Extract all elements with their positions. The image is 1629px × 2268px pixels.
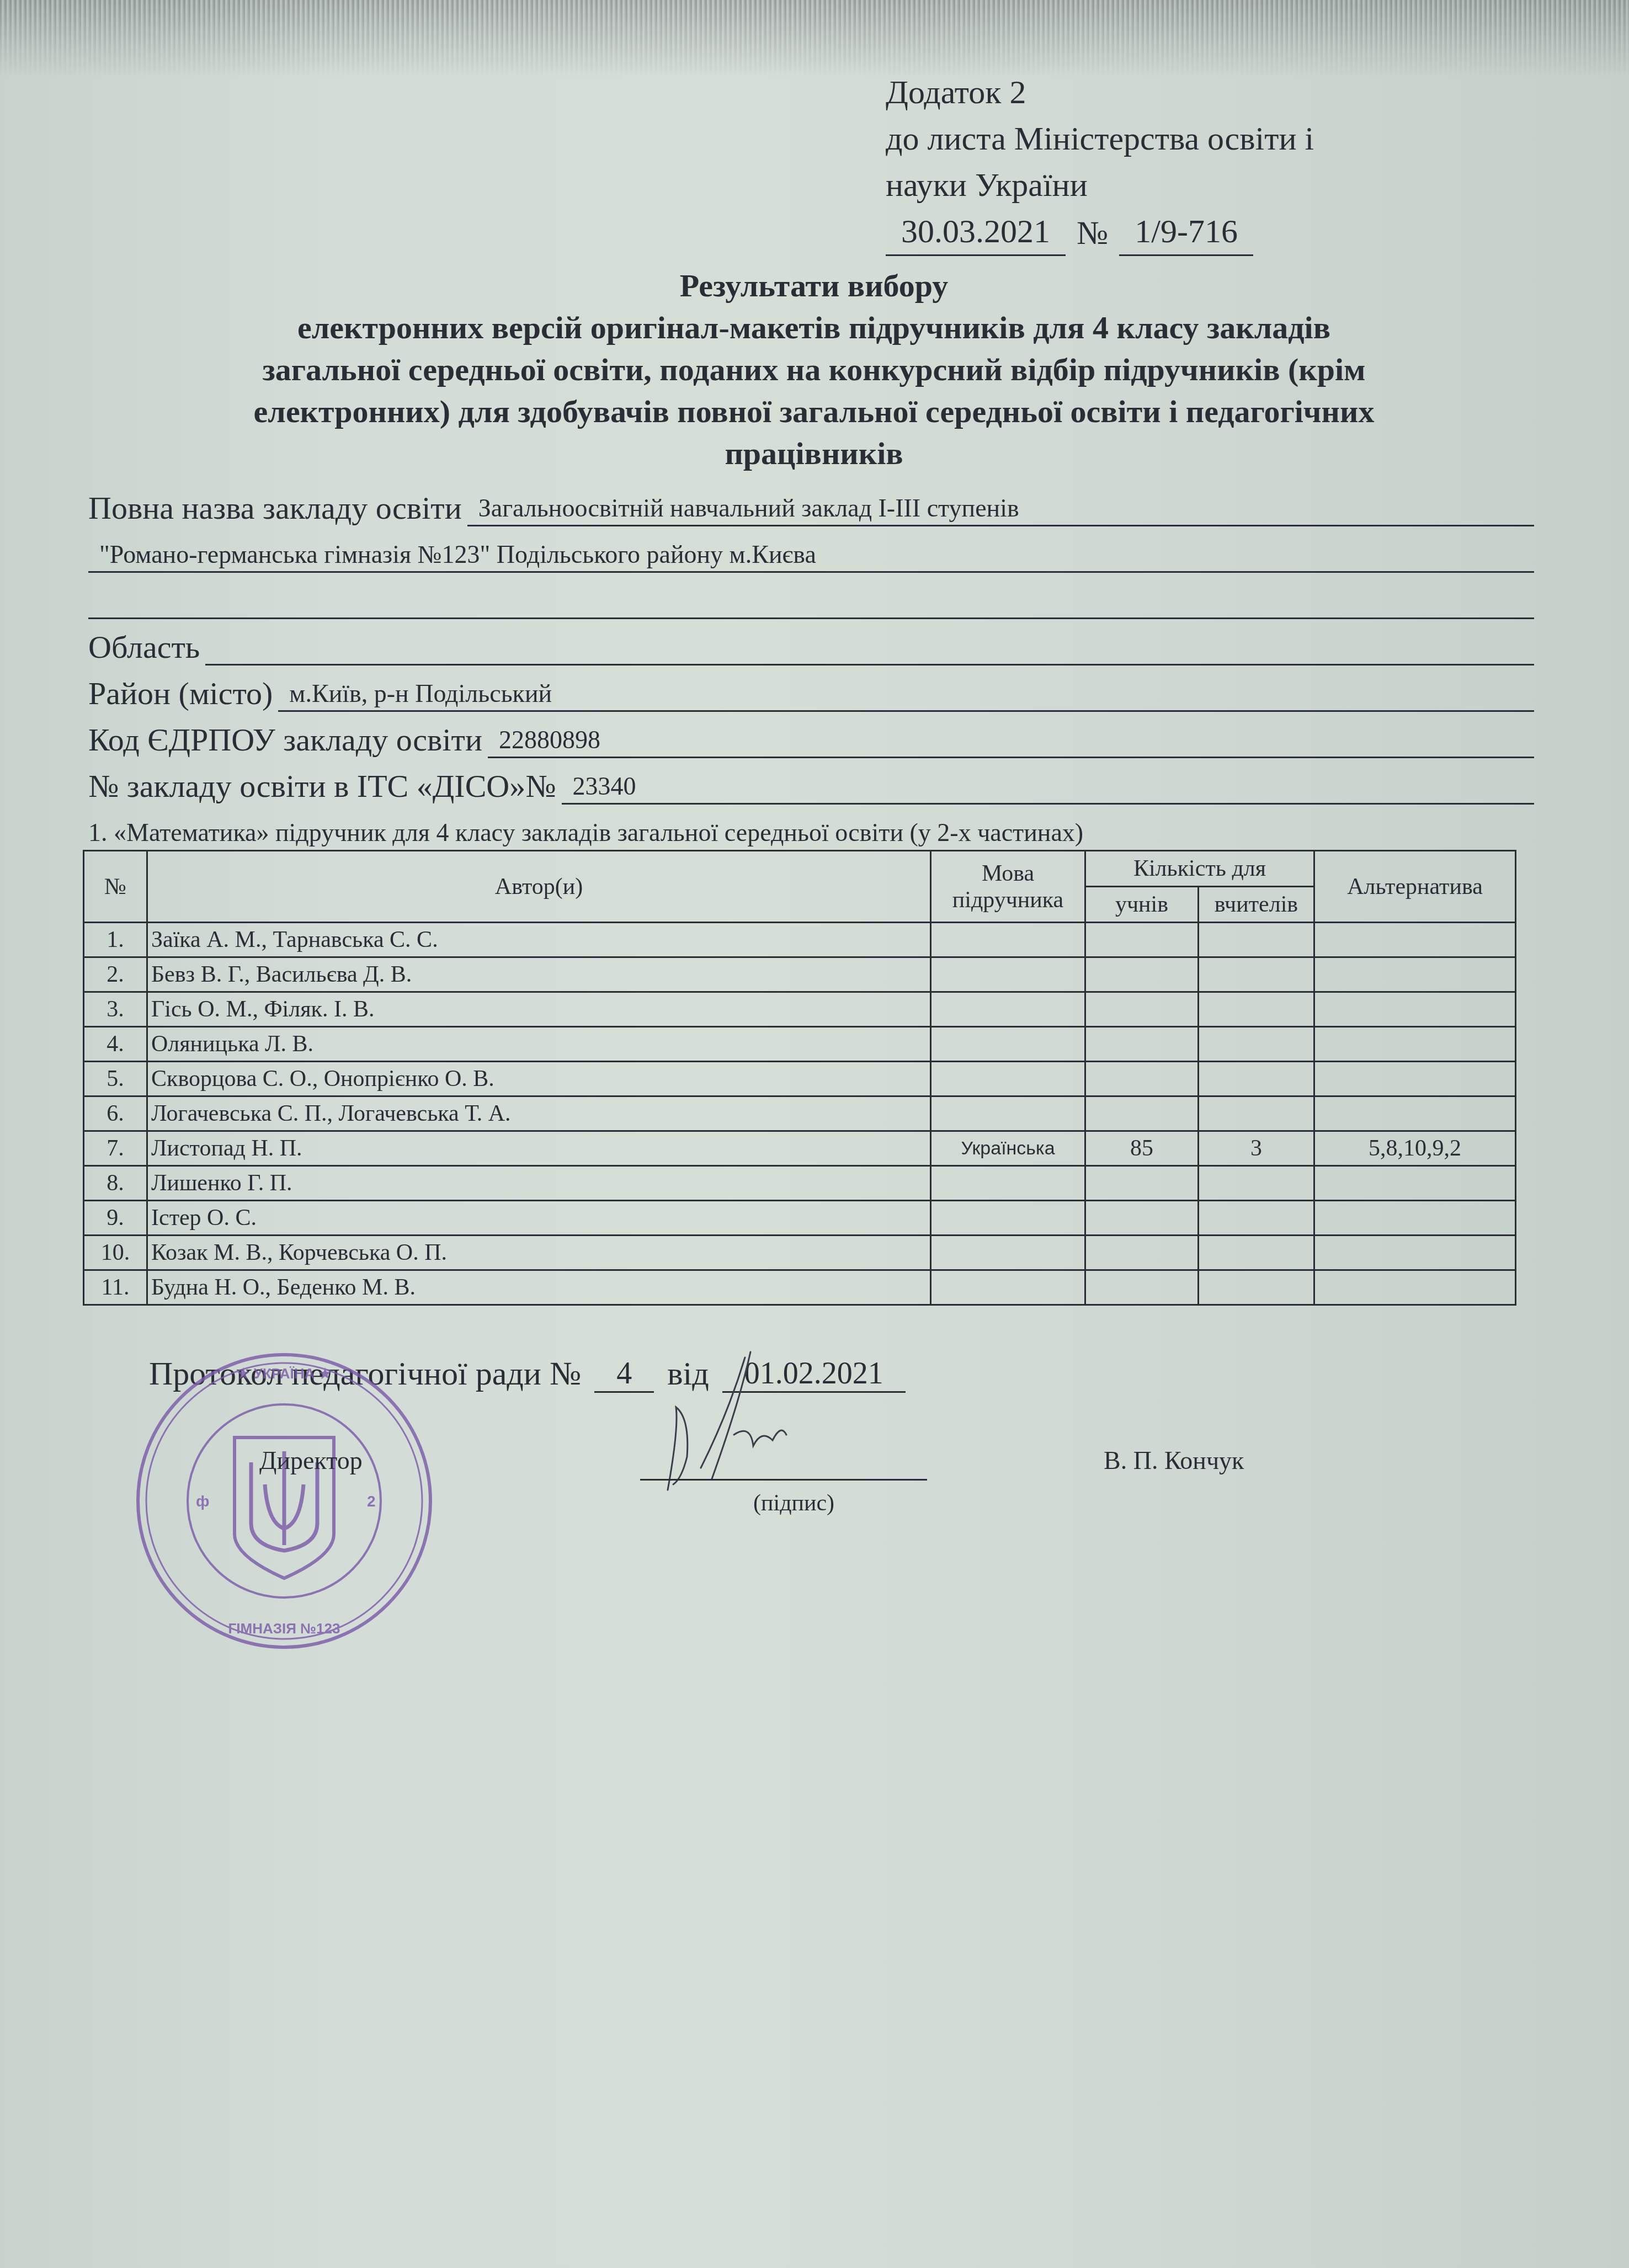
- header-alternative: Альтернатива: [1314, 851, 1516, 923]
- letter-date: 30.03.2021: [886, 208, 1066, 256]
- letter-number: 1/9-716: [1119, 208, 1253, 256]
- row-number: 6.: [84, 1096, 147, 1131]
- protocol-number: 4: [594, 1356, 654, 1393]
- row-teachers: [1199, 1201, 1314, 1236]
- full-name-label: Повна назва закладу освіти: [88, 489, 462, 526]
- title-line: загальної середньої освіти, поданих на к…: [83, 349, 1545, 391]
- row-teachers: [1199, 923, 1314, 957]
- row-language: [931, 1166, 1085, 1201]
- letter-reference: 30.03.2021 № 1/9-716: [886, 208, 1314, 256]
- district-field: Район (місто) м.Київ, р-н Подільський: [88, 666, 1534, 712]
- row-alternative: [1314, 1236, 1516, 1270]
- row-language: [931, 1236, 1085, 1270]
- row-number: 5.: [84, 1062, 147, 1096]
- edrpou-value: 22880898: [488, 723, 1534, 758]
- full-name-value: [88, 617, 1534, 619]
- appendix-block: Додаток 2 до листа Міністерства освіти і…: [886, 69, 1314, 256]
- district-value: м.Київ, р-н Подільський: [278, 677, 1534, 712]
- row-authors: Листопад Н. П.: [147, 1131, 931, 1166]
- disco-label: № закладу освіти в ІТС «ДІСО»№: [88, 768, 556, 805]
- edrpou-label: Код ЄДРПОУ закладу освіти: [88, 721, 482, 758]
- appendix-ref-line: науки України: [886, 162, 1314, 208]
- appendix-title: Додаток 2: [886, 69, 1314, 115]
- header-teachers: вчителів: [1199, 887, 1314, 923]
- row-alternative: [1314, 1096, 1516, 1131]
- row-authors: Оляницька Л. В.: [147, 1027, 931, 1062]
- edrpou-field: Код ЄДРПОУ закладу освіти 22880898: [88, 712, 1534, 758]
- header-students: учнів: [1085, 887, 1199, 923]
- signature-line: [640, 1479, 927, 1481]
- table-row: 9.Істер О. С.: [84, 1201, 1516, 1236]
- row-teachers: [1199, 1166, 1314, 1201]
- row-authors: Козак М. В., Корчевська О. П.: [147, 1236, 931, 1270]
- row-students: [1085, 1096, 1199, 1131]
- row-authors: Бевз В. Г., Васильєва Д. В.: [147, 957, 931, 992]
- official-stamp-icon: ★ УКРАЇНА ★ ГІМНАЗІЯ №123 ф 2: [130, 1346, 439, 1655]
- full-name-field-cont: [88, 573, 1534, 619]
- row-alternative: [1314, 1201, 1516, 1236]
- svg-text:★ УКРАЇНА ★: ★ УКРАЇНА ★: [237, 1365, 332, 1382]
- table-row: 4.Оляницька Л. В.: [84, 1027, 1516, 1062]
- director-role: Директор: [259, 1446, 363, 1475]
- row-authors: Лишенко Г. П.: [147, 1166, 931, 1201]
- scan-artifact: [0, 0, 1629, 77]
- signature-caption: (підпис): [753, 1490, 834, 1516]
- row-teachers: [1199, 1062, 1314, 1096]
- row-students: [1085, 1270, 1199, 1305]
- full-name-value: "Романо-германська гімназія №123" Поділь…: [88, 538, 1534, 573]
- header-language: Мовапідручника: [931, 851, 1085, 923]
- table-row: 8.Лишенко Г. П.: [84, 1166, 1516, 1201]
- table-row: 11.Будна Н. О., Беденко М. В.: [84, 1270, 1516, 1305]
- svg-text:ГІМНАЗІЯ №123: ГІМНАЗІЯ №123: [228, 1620, 340, 1637]
- header-num: №: [84, 851, 147, 923]
- appendix-ref-line: до листа Міністерства освіти і: [886, 115, 1314, 162]
- row-teachers: [1199, 1270, 1314, 1305]
- row-language: [931, 957, 1085, 992]
- row-teachers: [1199, 1096, 1314, 1131]
- row-alternative: [1314, 1062, 1516, 1096]
- row-students: [1085, 1027, 1199, 1062]
- row-students: [1085, 1062, 1199, 1096]
- row-number: 3.: [84, 992, 147, 1027]
- full-name-field: Повна назва закладу освіти Загальноосвіт…: [88, 480, 1534, 526]
- row-alternative: [1314, 957, 1516, 992]
- row-students: [1085, 957, 1199, 992]
- disco-field: № закладу освіти в ІТС «ДІСО»№ 23340: [88, 758, 1534, 805]
- full-name-value: Загальноосвітній навчальний заклад І-ІІІ…: [467, 492, 1534, 526]
- row-number: 11.: [84, 1270, 147, 1305]
- table-row: 10.Козак М. В., Корчевська О. П.: [84, 1236, 1516, 1270]
- table-row: 5.Скворцова С. О., Онопрієнко О. В.: [84, 1062, 1516, 1096]
- row-number: 2.: [84, 957, 147, 992]
- row-students: [1085, 992, 1199, 1027]
- svg-text:2: 2: [367, 1493, 376, 1510]
- row-students: [1085, 923, 1199, 957]
- row-number: 10.: [84, 1236, 147, 1270]
- row-authors: Будна Н. О., Беденко М. В.: [147, 1270, 931, 1305]
- disco-value: 23340: [562, 770, 1534, 805]
- header-authors: Автор(и): [147, 851, 931, 923]
- table-row: 7.Листопад Н. П.Українська8535,8,10,9,2: [84, 1131, 1516, 1166]
- title-line: працівників: [83, 433, 1545, 475]
- row-authors: Логачевська С. П., Логачевська Т. А.: [147, 1096, 931, 1131]
- number-sign: №: [1077, 210, 1108, 256]
- row-students: [1085, 1236, 1199, 1270]
- school-info-form: Повна назва закладу освіти Загальноосвіт…: [88, 480, 1534, 805]
- table-row: 6.Логачевська С. П., Логачевська Т. А.: [84, 1096, 1516, 1131]
- title-line: електронних версій оригінал-макетів підр…: [83, 307, 1545, 349]
- row-authors: Істер О. С.: [147, 1201, 931, 1236]
- row-teachers: [1199, 957, 1314, 992]
- document-title: Результати вибору електронних версій ори…: [83, 265, 1545, 475]
- row-teachers: [1199, 1236, 1314, 1270]
- section-title: 1. «Математика» підручник для 4 класу за…: [88, 818, 1083, 847]
- row-alternative: [1314, 1166, 1516, 1201]
- title-line: Результати вибору: [83, 265, 1545, 307]
- row-language: [931, 1270, 1085, 1305]
- svg-text:ф: ф: [196, 1493, 210, 1510]
- region-field: Область: [88, 619, 1534, 666]
- row-number: 7.: [84, 1131, 147, 1166]
- row-students: [1085, 1201, 1199, 1236]
- director-name: В. П. Кончук: [1104, 1446, 1244, 1475]
- row-authors: Скворцова С. О., Онопрієнко О. В.: [147, 1062, 931, 1096]
- region-label: Область: [88, 629, 200, 666]
- row-alternative: [1314, 923, 1516, 957]
- title-line: електронних) для здобувачів повної загал…: [83, 391, 1545, 433]
- row-teachers: [1199, 1027, 1314, 1062]
- row-students: 85: [1085, 1131, 1199, 1166]
- row-language: [931, 1027, 1085, 1062]
- row-alternative: [1314, 992, 1516, 1027]
- row-alternative: [1314, 1270, 1516, 1305]
- textbook-table: № Автор(и) Мовапідручника Кількість для …: [83, 850, 1516, 1306]
- row-language: [931, 992, 1085, 1027]
- row-number: 9.: [84, 1201, 147, 1236]
- row-language: Українська: [931, 1131, 1085, 1166]
- row-alternative: 5,8,10,9,2: [1314, 1131, 1516, 1166]
- table-row: 1.Заїка А. М., Тарнавська С. С.: [84, 923, 1516, 957]
- row-authors: Заїка А. М., Тарнавська С. С.: [147, 923, 931, 957]
- row-students: [1085, 1166, 1199, 1201]
- row-language: [931, 923, 1085, 957]
- district-label: Район (місто): [88, 675, 273, 712]
- table-row: 3.Гісь О. М., Філяк. І. В.: [84, 992, 1516, 1027]
- row-language: [931, 1062, 1085, 1096]
- row-number: 4.: [84, 1027, 147, 1062]
- row-number: 8.: [84, 1166, 147, 1201]
- row-teachers: [1199, 992, 1314, 1027]
- row-language: [931, 1096, 1085, 1131]
- row-authors: Гісь О. М., Філяк. І. В.: [147, 992, 931, 1027]
- row-language: [931, 1201, 1085, 1236]
- full-name-field-cont: "Романо-германська гімназія №123" Поділь…: [88, 526, 1534, 573]
- table-row: 2.Бевз В. Г., Васильєва Д. В.: [84, 957, 1516, 992]
- row-teachers: 3: [1199, 1131, 1314, 1166]
- row-number: 1.: [84, 923, 147, 957]
- row-alternative: [1314, 1027, 1516, 1062]
- region-value: [205, 664, 1534, 666]
- header-quantity: Кількість для: [1085, 851, 1314, 887]
